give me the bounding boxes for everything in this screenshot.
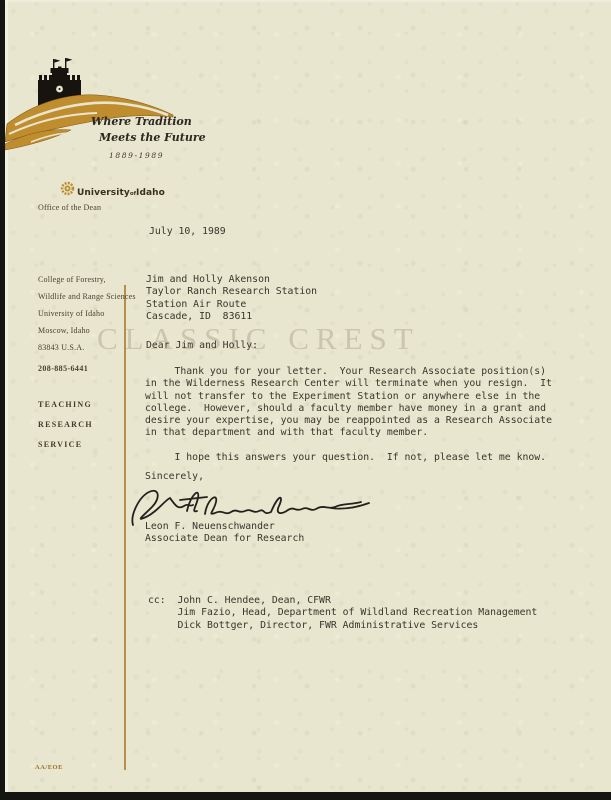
university-logo: Where Tradition Meets the Future 1889-19… xyxy=(5,55,235,150)
letterhead-address-block: College of Forestry, Wildlife and Range … xyxy=(38,271,136,356)
cc-block: cc: John C. Hendee, Dean, CFWR Jim Fazio… xyxy=(148,595,537,632)
letter-paper: CLASSIC CREST xyxy=(5,0,611,792)
sun-icon xyxy=(60,181,75,196)
address-line: 83843 U.S.A. xyxy=(38,339,136,356)
letter-date: July 10, 1989 xyxy=(149,226,226,238)
address-line: Wildlife and Range Sciences xyxy=(38,288,136,305)
aa-eoe-footer-code: AA/EOE xyxy=(35,764,63,771)
body-paragraph-2: I hope this answers your question. If no… xyxy=(145,452,546,464)
scanned-letter-page: { "page": { "watermark": "CLASSIC CREST"… xyxy=(0,0,611,800)
university-word: University xyxy=(77,188,130,198)
mission-word-research: RESEARCH xyxy=(38,420,93,429)
university-wordmark: UniversityofIdaho xyxy=(77,182,165,200)
salutation: Dear Jim and Holly: xyxy=(146,340,258,352)
address-line: Moscow, Idaho xyxy=(38,322,136,339)
mission-word-teaching: TEACHING xyxy=(38,400,92,409)
signature-graphic xyxy=(131,483,371,529)
office-of-the-dean-label: Office of the Dean xyxy=(38,203,101,212)
address-line: University of Idaho xyxy=(38,305,136,322)
body-paragraph-1: Thank you for your letter. Your Research… xyxy=(145,366,552,440)
letterhead-phone: 208-885-6441 xyxy=(38,364,88,373)
logo-tagline-line1: Where Tradition xyxy=(91,115,192,128)
logo-tagline-line2: Meets the Future xyxy=(99,131,206,144)
closing: Sincerely, xyxy=(145,471,204,483)
idaho-word: Idaho xyxy=(136,188,165,198)
address-line: College of Forestry, xyxy=(38,271,136,288)
gold-vertical-rule xyxy=(124,285,126,770)
mission-word-service: SERVICE xyxy=(38,440,82,449)
logo-centennial-years: 1889-1989 xyxy=(109,151,164,160)
recipient-address-block: Jim and Holly Akenson Taylor Ranch Resea… xyxy=(146,274,317,323)
signer-title: Associate Dean for Research xyxy=(145,533,304,545)
